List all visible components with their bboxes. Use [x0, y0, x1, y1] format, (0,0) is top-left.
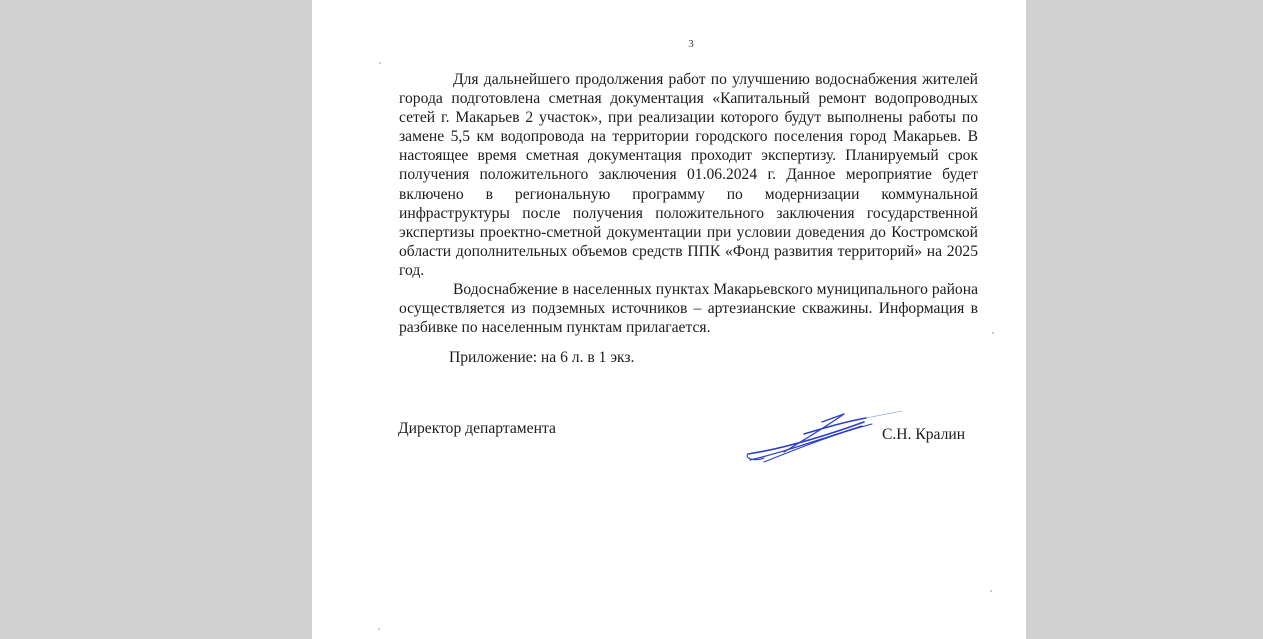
signatory-name: С.Н. Кралин	[882, 426, 965, 444]
document-body: Для дальнейшего продолжения работ по улу…	[399, 70, 978, 337]
document-page: 3 Для дальнейшего продолжения работ по у…	[312, 0, 1026, 639]
paragraph-water-supply-project: Для дальнейшего продолжения работ по улу…	[399, 70, 978, 280]
paragraph-water-sources: Водоснабжение в населенных пунктах Макар…	[399, 280, 978, 337]
signatory-role: Директор департамента	[398, 420, 556, 438]
scan-speck	[379, 62, 381, 64]
scan-speck	[992, 332, 994, 334]
appendix-note: Приложение: на 6 л. в 1 экз.	[449, 349, 634, 367]
scan-speck	[990, 590, 992, 592]
handwritten-signature-icon	[744, 410, 904, 466]
scan-speck	[378, 628, 380, 630]
page-number: 3	[312, 38, 1026, 50]
